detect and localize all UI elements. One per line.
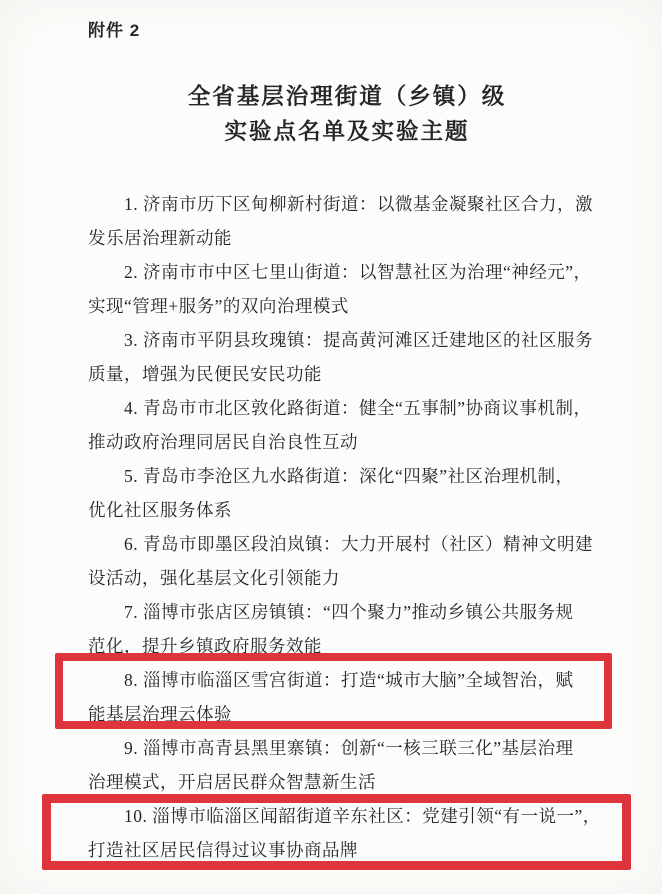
list-item-3: 3. 济南市平阴县玫瑰镇：提高黄河滩区迁建地区的社区服务 质量，增强为民便民安民… bbox=[88, 323, 626, 391]
list-item-10: 10. 淄博市临淄区闻韶街道辛东社区：党建引领“有一说一”， 打造社区居民信得过… bbox=[88, 799, 626, 867]
document-title: 全省基层治理街道（乡镇）级 实验点名单及实验主题 bbox=[80, 79, 614, 149]
document-title-line-2: 实验点名单及实验主题 bbox=[80, 114, 614, 149]
list-item-4-line-1: 4. 青岛市市北区敦化路街道：健全“五事制”协商议事机制， bbox=[88, 391, 626, 425]
list-item-9: 9. 淄博市高青县黑里寨镇：创新“一核三联三化”基层治理 治理模式，开启居民群众… bbox=[88, 731, 626, 799]
list-item-7-line-2: 范化，提升乡镇政府服务效能 bbox=[88, 629, 626, 663]
list-item-1-line-1: 1. 济南市历下区甸柳新村街道：以微基金凝聚社区合力，激 bbox=[88, 187, 626, 221]
list-item-7: 7. 淄博市张店区房镇镇：“四个聚力”推动乡镇公共服务规 范化，提升乡镇政府服务… bbox=[88, 595, 626, 663]
list-item-2-line-1: 2. 济南市市中区七里山街道：以智慧社区为治理“神经元”， bbox=[88, 255, 626, 289]
list-item-6-line-2: 设活动，强化基层文化引领能力 bbox=[88, 561, 626, 595]
list-item-5: 5. 青岛市李沧区九水路街道：深化“四聚”社区治理机制， 优化社区服务体系 bbox=[88, 459, 626, 527]
list-item-7-line-1: 7. 淄博市张店区房镇镇：“四个聚力”推动乡镇公共服务规 bbox=[88, 595, 626, 629]
list-item-10-line-2: 打造社区居民信得过议事协商品牌 bbox=[88, 833, 626, 867]
list-item-9-line-2: 治理模式，开启居民群众智慧新生活 bbox=[88, 765, 626, 799]
list-item-3-line-1: 3. 济南市平阴县玫瑰镇：提高黄河滩区迁建地区的社区服务 bbox=[88, 323, 626, 357]
list-item-8-line-2: 能基层治理云体验 bbox=[88, 697, 626, 731]
attachment-label: 附件 2 bbox=[88, 16, 140, 41]
document-title-line-1: 全省基层治理街道（乡镇）级 bbox=[80, 79, 614, 114]
list-item-1: 1. 济南市历下区甸柳新村街道：以微基金凝聚社区合力，激 发乐居治理新动能 bbox=[88, 187, 626, 255]
list-item-1-line-2: 发乐居治理新动能 bbox=[88, 221, 626, 255]
list-item-5-line-2: 优化社区服务体系 bbox=[88, 493, 626, 527]
list-item-4: 4. 青岛市市北区敦化路街道：健全“五事制”协商议事机制， 推动政府治理同居民自… bbox=[88, 391, 626, 459]
document-page: 附件 2 全省基层治理街道（乡镇）级 实验点名单及实验主题 1. 济南市历下区甸… bbox=[0, 0, 662, 894]
list-item-6: 6. 青岛市即墨区段泊岚镇：大力开展村（社区）精神文明建 设活动，强化基层文化引… bbox=[88, 527, 626, 595]
list-item-9-line-1: 9. 淄博市高青县黑里寨镇：创新“一核三联三化”基层治理 bbox=[88, 731, 626, 765]
list-item-2-line-2: 实现“管理+服务”的双向治理模式 bbox=[88, 289, 626, 323]
list-item-8-line-1: 8. 淄博市临淄区雪宫街道：打造“城市大脑”全域智治，赋 bbox=[88, 663, 626, 697]
list-item-2: 2. 济南市市中区七里山街道：以智慧社区为治理“神经元”， 实现“管理+服务”的… bbox=[88, 255, 626, 323]
list-item-5-line-1: 5. 青岛市李沧区九水路街道：深化“四聚”社区治理机制， bbox=[88, 459, 626, 493]
experiment-site-list: 1. 济南市历下区甸柳新村街道：以微基金凝聚社区合力，激 发乐居治理新动能 2.… bbox=[88, 187, 626, 867]
list-item-8: 8. 淄博市临淄区雪宫街道：打造“城市大脑”全域智治，赋 能基层治理云体验 bbox=[88, 663, 626, 731]
list-item-10-line-1: 10. 淄博市临淄区闻韶街道辛东社区：党建引领“有一说一”， bbox=[88, 799, 626, 833]
list-item-4-line-2: 推动政府治理同居民自治良性互动 bbox=[88, 425, 626, 459]
list-item-3-line-2: 质量，增强为民便民安民功能 bbox=[88, 357, 626, 391]
list-item-6-line-1: 6. 青岛市即墨区段泊岚镇：大力开展村（社区）精神文明建 bbox=[88, 527, 626, 561]
